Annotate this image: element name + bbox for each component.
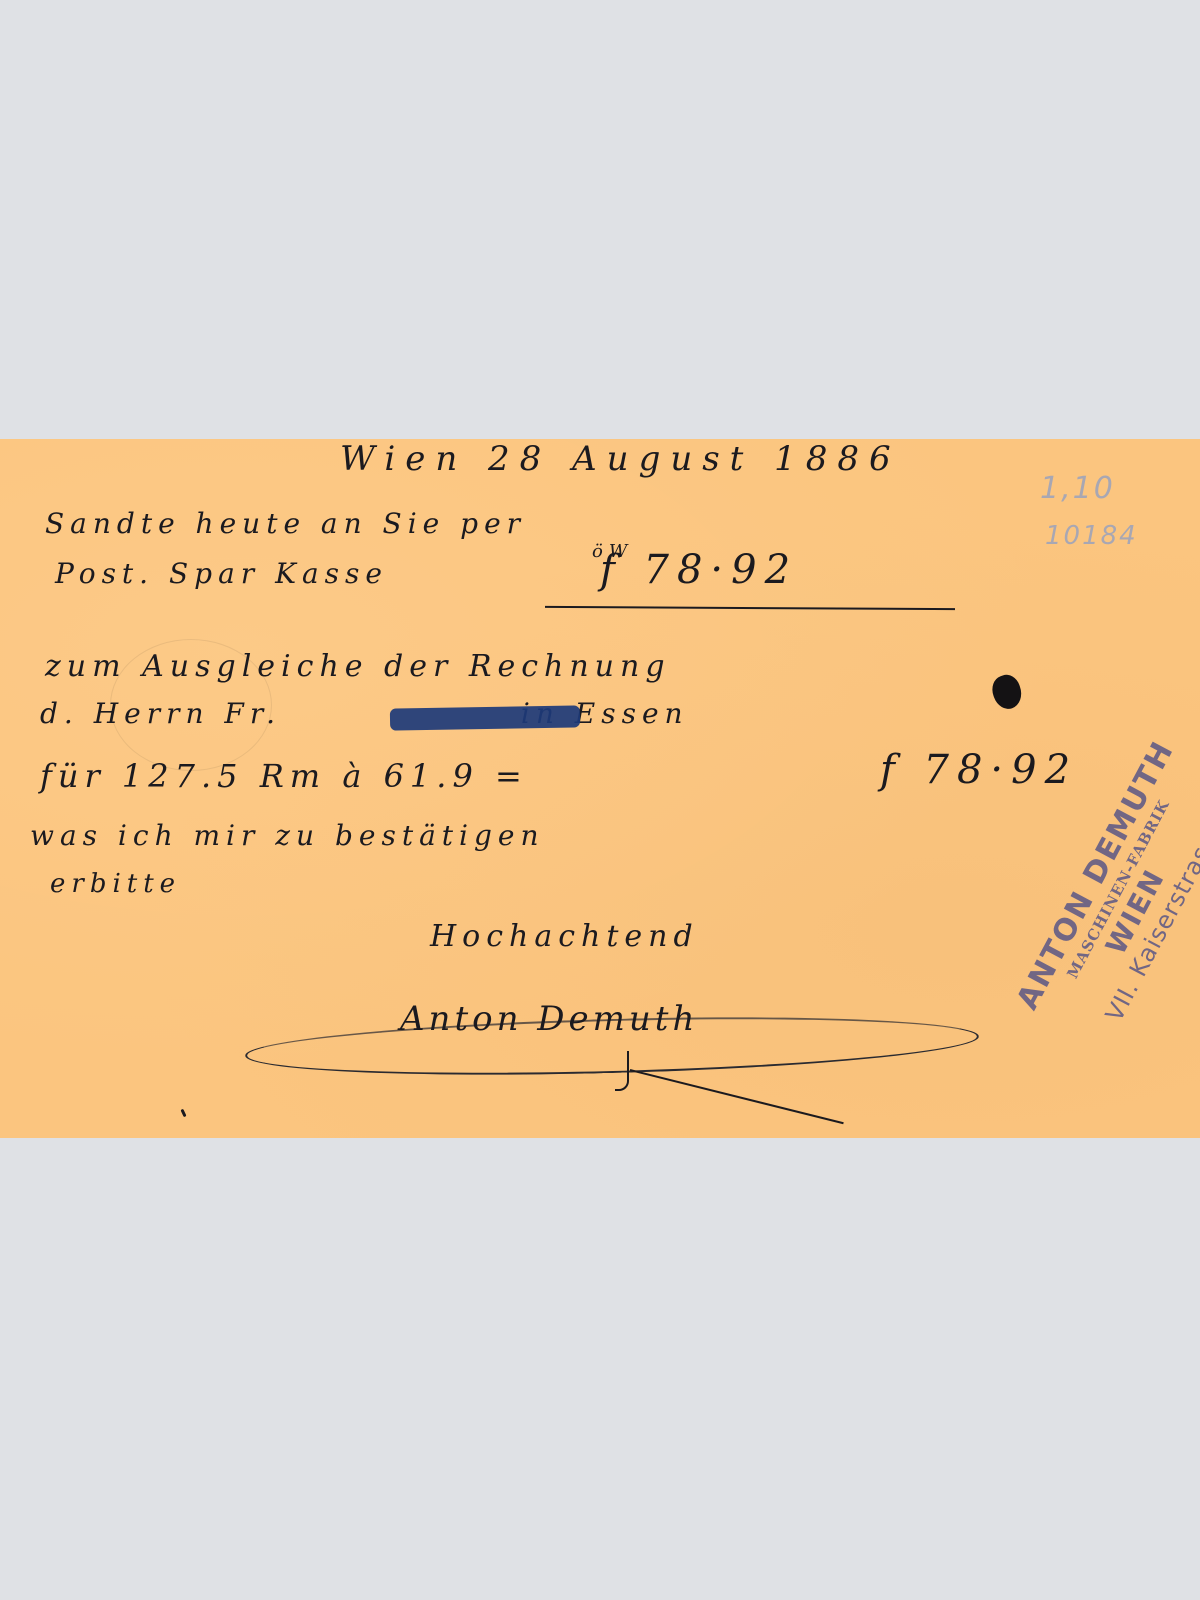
signature: Anton Demuth (400, 999, 698, 1039)
letter-line-3: zum Ausgleiche der Rechnung (45, 649, 671, 684)
amount-2: f 78·92 (880, 747, 1078, 793)
letter-line-1: Sandte heute an Sie per (45, 507, 526, 540)
letter-line-7: erbitte (50, 869, 181, 899)
letter-line-6: was ich mir zu bestätigen (30, 819, 545, 852)
letter-line-5: für 127.5 Rm à 61.9 = (40, 757, 528, 795)
date-line: Wien 28 August 1886 (340, 439, 901, 479)
struck-out-name (390, 705, 580, 730)
amount-underline (545, 606, 955, 610)
ink-blot (988, 671, 1026, 713)
postcard: Wien 28 August 1886 1,10 10184 Sandte he… (0, 439, 1200, 1138)
ink-speck (180, 1109, 186, 1118)
letter-line-4-text: d. Herrn Fr. (40, 697, 281, 730)
signature-hook (615, 1051, 629, 1091)
amount-1: f 78·92 (600, 547, 798, 593)
letter-line-4: d. Herrn Fr. in Essen (40, 697, 689, 730)
closing: Hochachtend (430, 919, 699, 954)
pencil-annotation-2: 10184 (1045, 521, 1138, 551)
letter-line-2: Post. Spar Kasse (55, 557, 388, 590)
pencil-annotation-1: 1,10 (1040, 471, 1115, 506)
signature-tail (630, 1069, 844, 1124)
